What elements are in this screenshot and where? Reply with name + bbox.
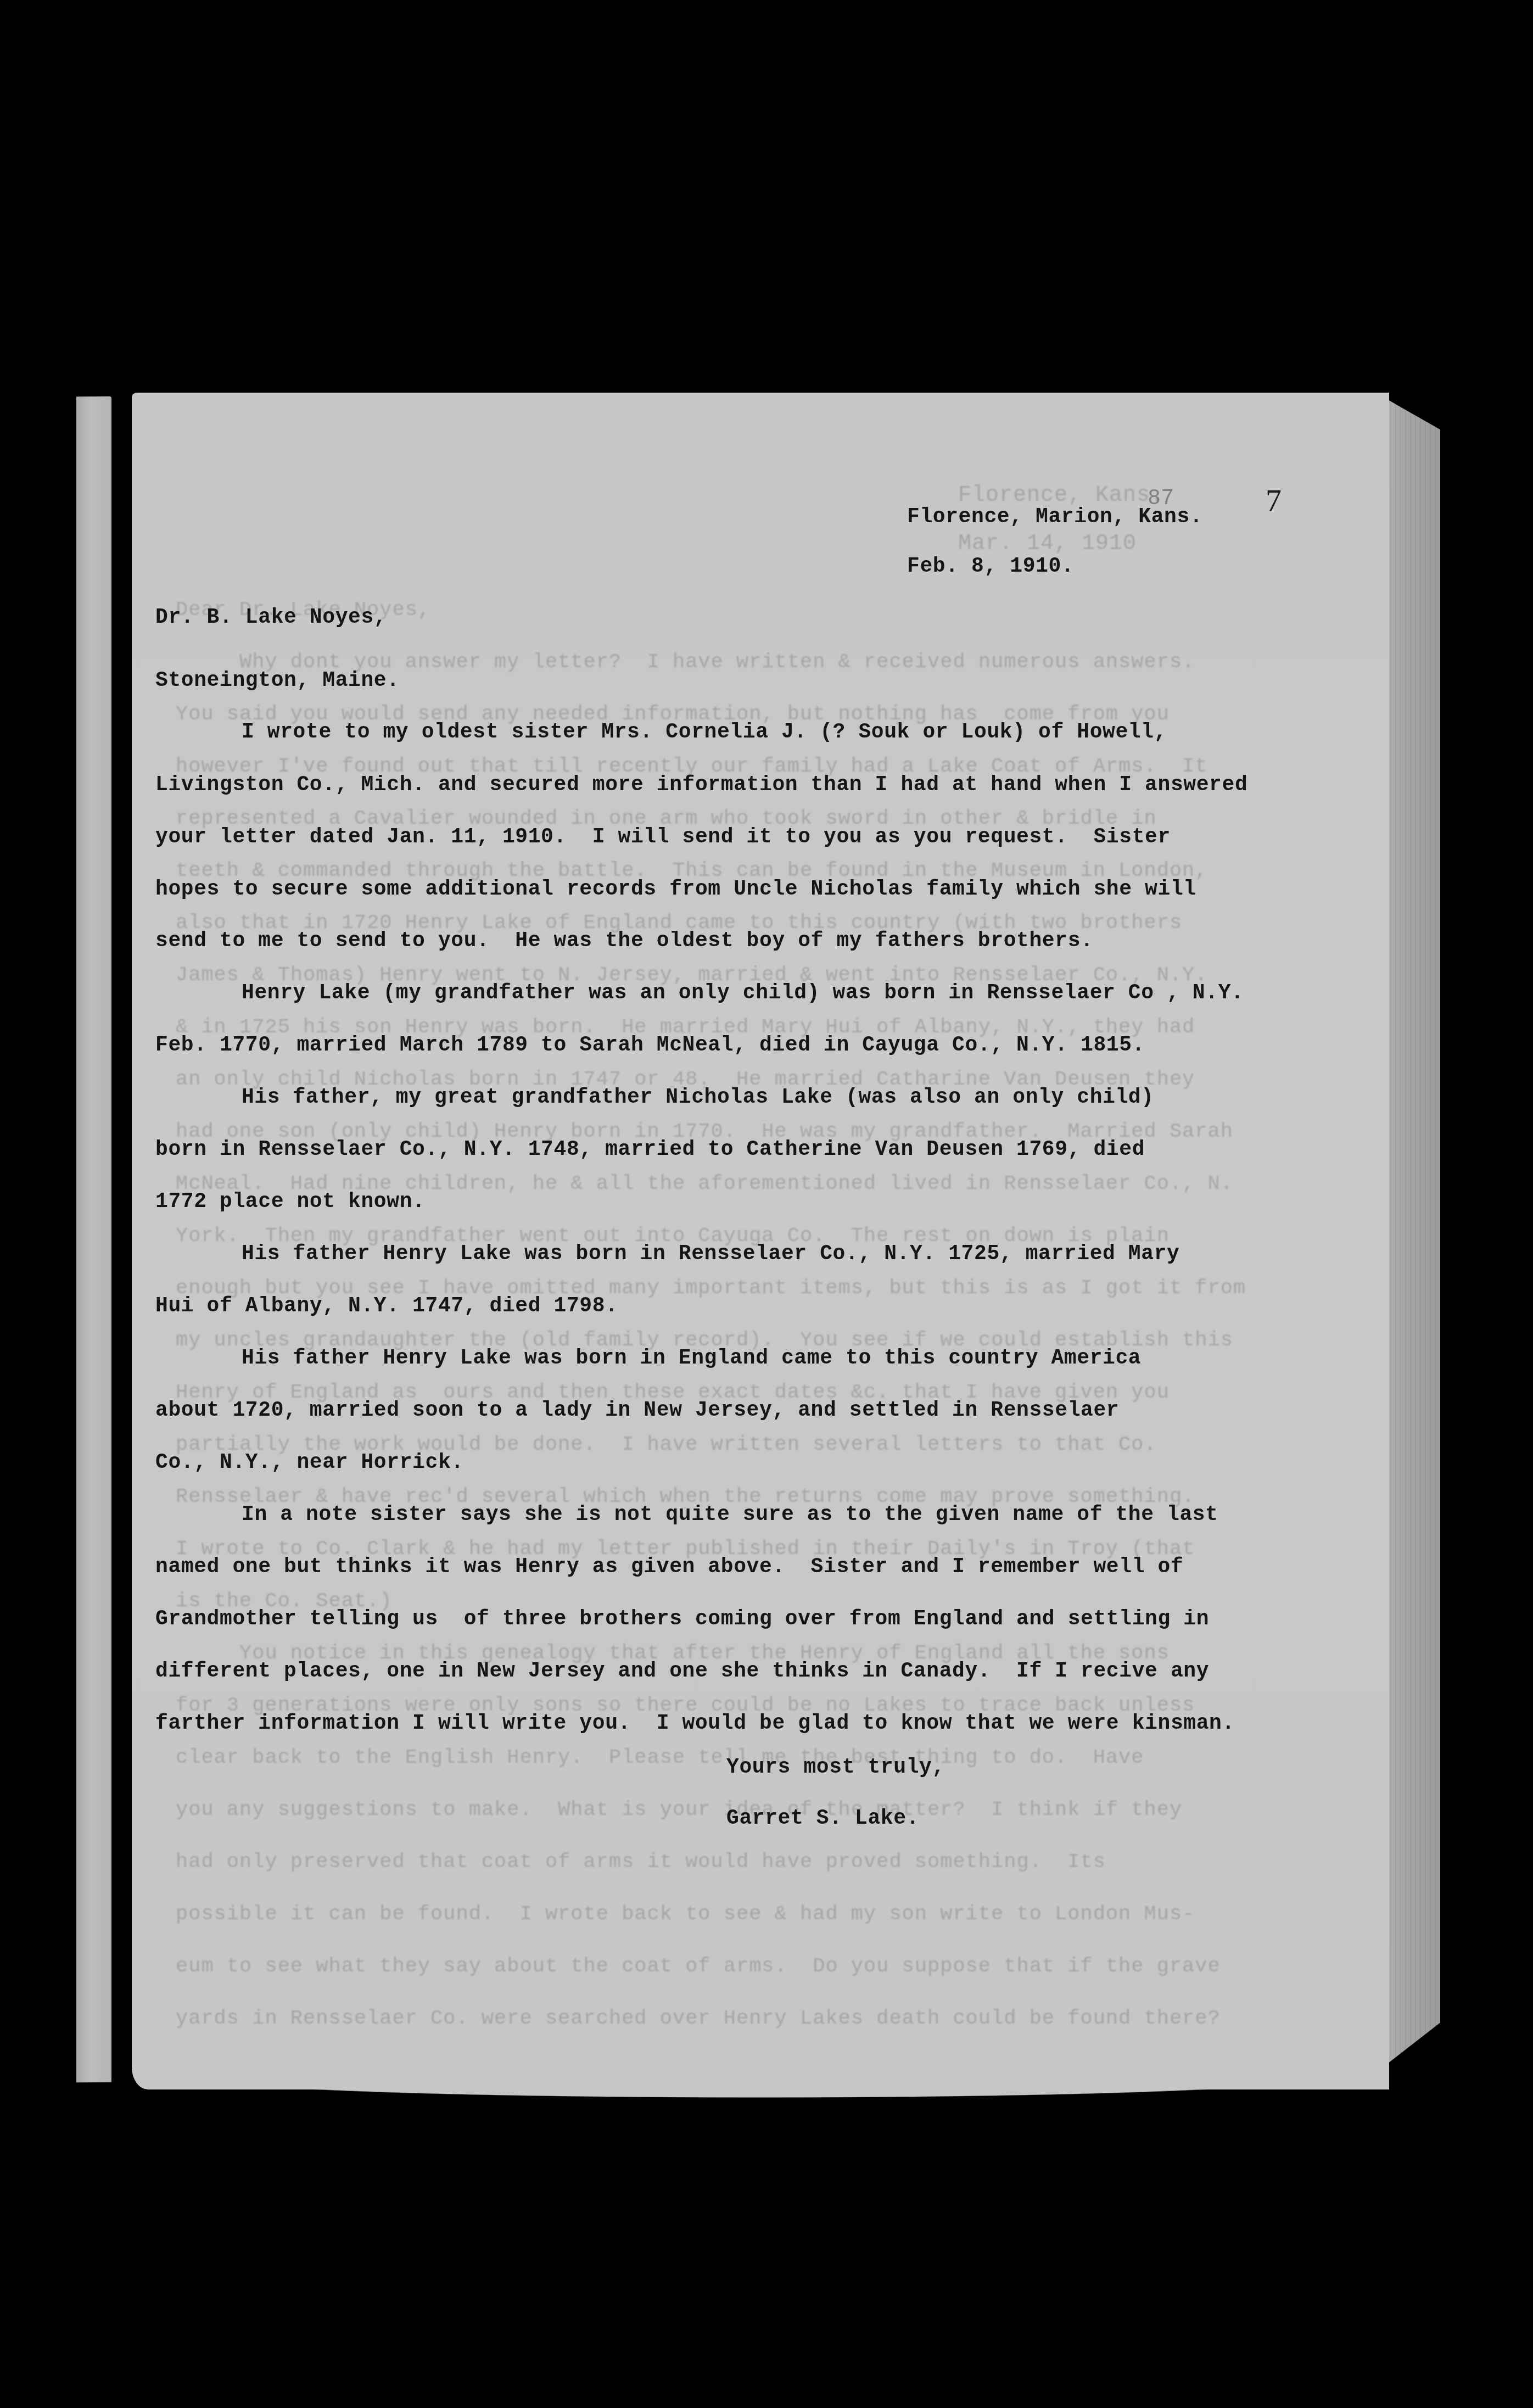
body-line: Livingston Co., Mich. and secured more i… [155, 773, 1247, 797]
body-line: farther information I will write you. I … [155, 1712, 1235, 1735]
body-line: His father Henry Lake was born in Englan… [242, 1347, 1141, 1370]
bleed-line: possible it can be found. I wrote back t… [176, 1903, 1195, 1926]
body-line: your letter dated Jan. 11, 1910. I will … [155, 825, 1171, 849]
bleed-line: eum to see what they say about the coat … [176, 1955, 1221, 1978]
body-line: His father, my great grandfather Nichola… [242, 1086, 1154, 1109]
body-line: named one but thinks it was Henry as giv… [155, 1555, 1183, 1579]
folio-number: 7 [1266, 482, 1282, 519]
body-line: Feb. 1770, married March 1789 to Sarah M… [155, 1033, 1145, 1057]
bleed-heading-date: Mar. 14, 1910 [958, 532, 1137, 556]
body-line: Hui of Albany, N.Y. 1747, died 1798. [155, 1294, 618, 1318]
closing: Yours most truly, [726, 1756, 945, 1779]
body-line: In a note sister says she is not quite s… [242, 1503, 1218, 1527]
body-line: about 1720, married soon to a lady in Ne… [155, 1399, 1119, 1422]
heading-date: Feb. 8, 1910. [907, 555, 1074, 578]
bleed-line: you any suggestions to make. What is you… [176, 1798, 1182, 1822]
body-line: 1772 place not known. [155, 1190, 425, 1214]
body-line: Grandmother telling us of three brothers… [155, 1607, 1209, 1631]
body-line: send to me to send to you. He was the ol… [155, 929, 1093, 953]
heading-place: Florence, Marion, Kans. [907, 505, 1202, 529]
bleed-line: had only preserved that coat of arms it … [176, 1851, 1106, 1874]
body-line: different places, one in New Jersey and … [155, 1660, 1209, 1683]
body-line: hopes to secure some additional records … [155, 878, 1196, 901]
body-line: Co., N.Y., near Horrick. [155, 1451, 464, 1474]
body-line: His father Henry Lake was born in Rensse… [242, 1242, 1179, 1266]
addressee-name: Dr. B. Lake Noyes, [155, 606, 387, 629]
addressee-location: Stoneington, Maine. [155, 669, 400, 692]
bleed-heading-place: Florence, Kans. [958, 483, 1164, 508]
bleed-line: clear back to the English Henry. Please … [176, 1746, 1144, 1769]
body-line: Henry Lake (my grandfather was an only c… [242, 981, 1244, 1005]
facing-page-edge [76, 396, 111, 2082]
bleed-line: yards in Rensselaer Co. were searched ov… [176, 2007, 1221, 2030]
body-line: I wrote to my oldest sister Mrs. Corneli… [242, 720, 1167, 744]
signature: Garret S. Lake. [726, 1807, 919, 1830]
body-line: born in Rensselaer Co., N.Y. 1748, marri… [155, 1138, 1145, 1161]
